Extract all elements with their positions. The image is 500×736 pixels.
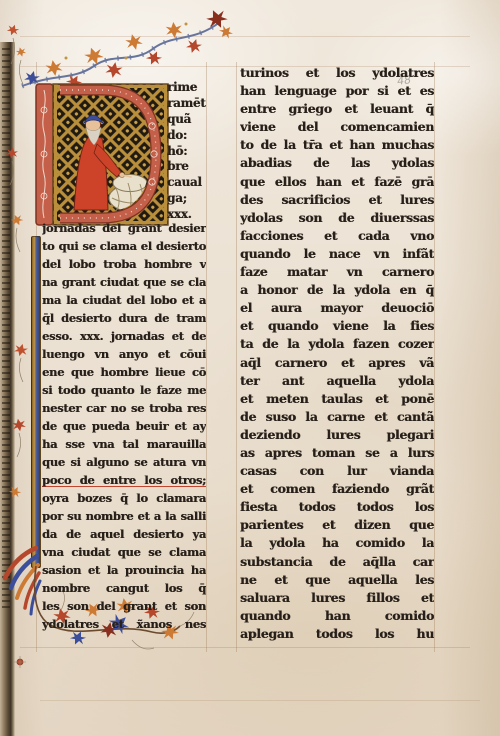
margin-sprigs [4,20,38,572]
text-line: da de aquel desierto ya [42,526,206,544]
text-line: ramēt [167,96,207,112]
text-line: faze matar vn carnero [240,263,434,281]
text-line: oyra bozes q̄ lo clamara [42,490,206,508]
text-line: el aura mayor deuociō [240,299,434,317]
text-line: ne et que aquella les [240,571,434,589]
text-line: na grant ciudat que se cla [42,274,206,292]
text-line: et meten taulas et ponē [240,390,434,408]
text-line: ter ant aquella ydola [240,372,434,390]
text-line: si todo quanto le faze me [42,382,206,400]
text-line: a honor de la ydola en q̄ [240,281,434,299]
text-line: do: [167,128,207,144]
text-line: ma la ciudat del lobo et a [42,292,206,310]
left-text-column: jornadas del grant desierto qui se clama… [42,220,206,634]
text-line: et comen faziendo grãt [240,480,434,498]
right-text-column: turinos et los ydolatreshan lenguage por… [240,64,434,643]
text-line: por su nombre et a la salli [42,508,206,526]
text-line: ydolatres et x̃anos nes [42,616,206,634]
text-line: turinos et los ydolatres [240,64,434,82]
text-line: ta de la ydola fazen cozer [240,335,434,353]
text-line: quando le nace vn infãt [240,245,434,263]
text-line: substancia de aq̄lla car [240,553,434,571]
text-line: del lobo troba hombre v [42,256,206,274]
text-line: to de la tr̄a et han muchas [240,136,434,154]
text-line: caual [167,175,207,191]
text-line: rime [167,80,207,96]
text-line: ydolas son de diuerssas [240,209,434,227]
text-line: q̄l desierto dura de tram [42,310,206,328]
text-line: que ellos han et fazē grā [240,173,434,191]
ruling-line [434,62,435,652]
text-line: et quando viene la fies [240,317,434,335]
ruling-line [40,700,480,701]
text-line: parientes et dizen que [240,516,434,534]
text-line: viene del comencamien [240,118,434,136]
text-line: sasion et la prouincia ha [42,562,206,580]
text-line: abadias de las ydolas [240,154,434,172]
text-line: casas con lur vianda [240,462,434,480]
text-line: entre griego et leuant q̄ [240,100,434,118]
text-line: fiesta todos todos los [240,498,434,516]
ruling-line [236,62,237,652]
text-line: aq̄l carnero et apres vã [240,354,434,372]
text-line: quando han comido [240,607,434,625]
text-line: deziendo lures plegari [240,426,434,444]
text-line: ene que hombre lieue cō [42,364,206,382]
illuminated-initial-p [34,80,170,228]
text-line: aplegan todos los hu [240,625,434,643]
text-line: vna ciudat que se clama [42,544,206,562]
text-line: bre [167,159,207,175]
text-line: des sacrificios et lures [240,191,434,209]
text-line: saluara lures fillos et [240,589,434,607]
text-line: de que pueda beuir et ay [42,418,206,436]
text-line: han lenguage por si et es [240,82,434,100]
text-line: poco de entre los otros; [42,472,206,490]
text-line: que si alguno se atura vn [42,454,206,472]
text-line: de suso la carne et cantã [240,408,434,426]
text-line: ga; [167,191,207,207]
text-line: jornadas del grant desier [42,220,206,238]
text-line: to qui se clama el desierto [42,238,206,256]
text-line: esso. xxx. jornadas et de [42,328,206,346]
text-line: as apres toman se a lurs [240,444,434,462]
text-line: quã [167,112,207,128]
initial-side-text: rimeramētquãdo:hō:brecaualga;xxx. [167,80,207,223]
text-line: la ydola ha comido la [240,534,434,552]
text-line: hō: [167,144,207,160]
manuscript-page: 48 [0,0,500,736]
text-line: facciones et cada vno [240,227,434,245]
text-line: luengo vn anyo et cōui [42,346,206,364]
text-line: nombre cangut los q̄ [42,580,206,598]
text-line: ha sse vna tal marauilla [42,436,206,454]
text-line: nester car no se troba res [42,400,206,418]
text-line: les son del grant et son [42,598,206,616]
